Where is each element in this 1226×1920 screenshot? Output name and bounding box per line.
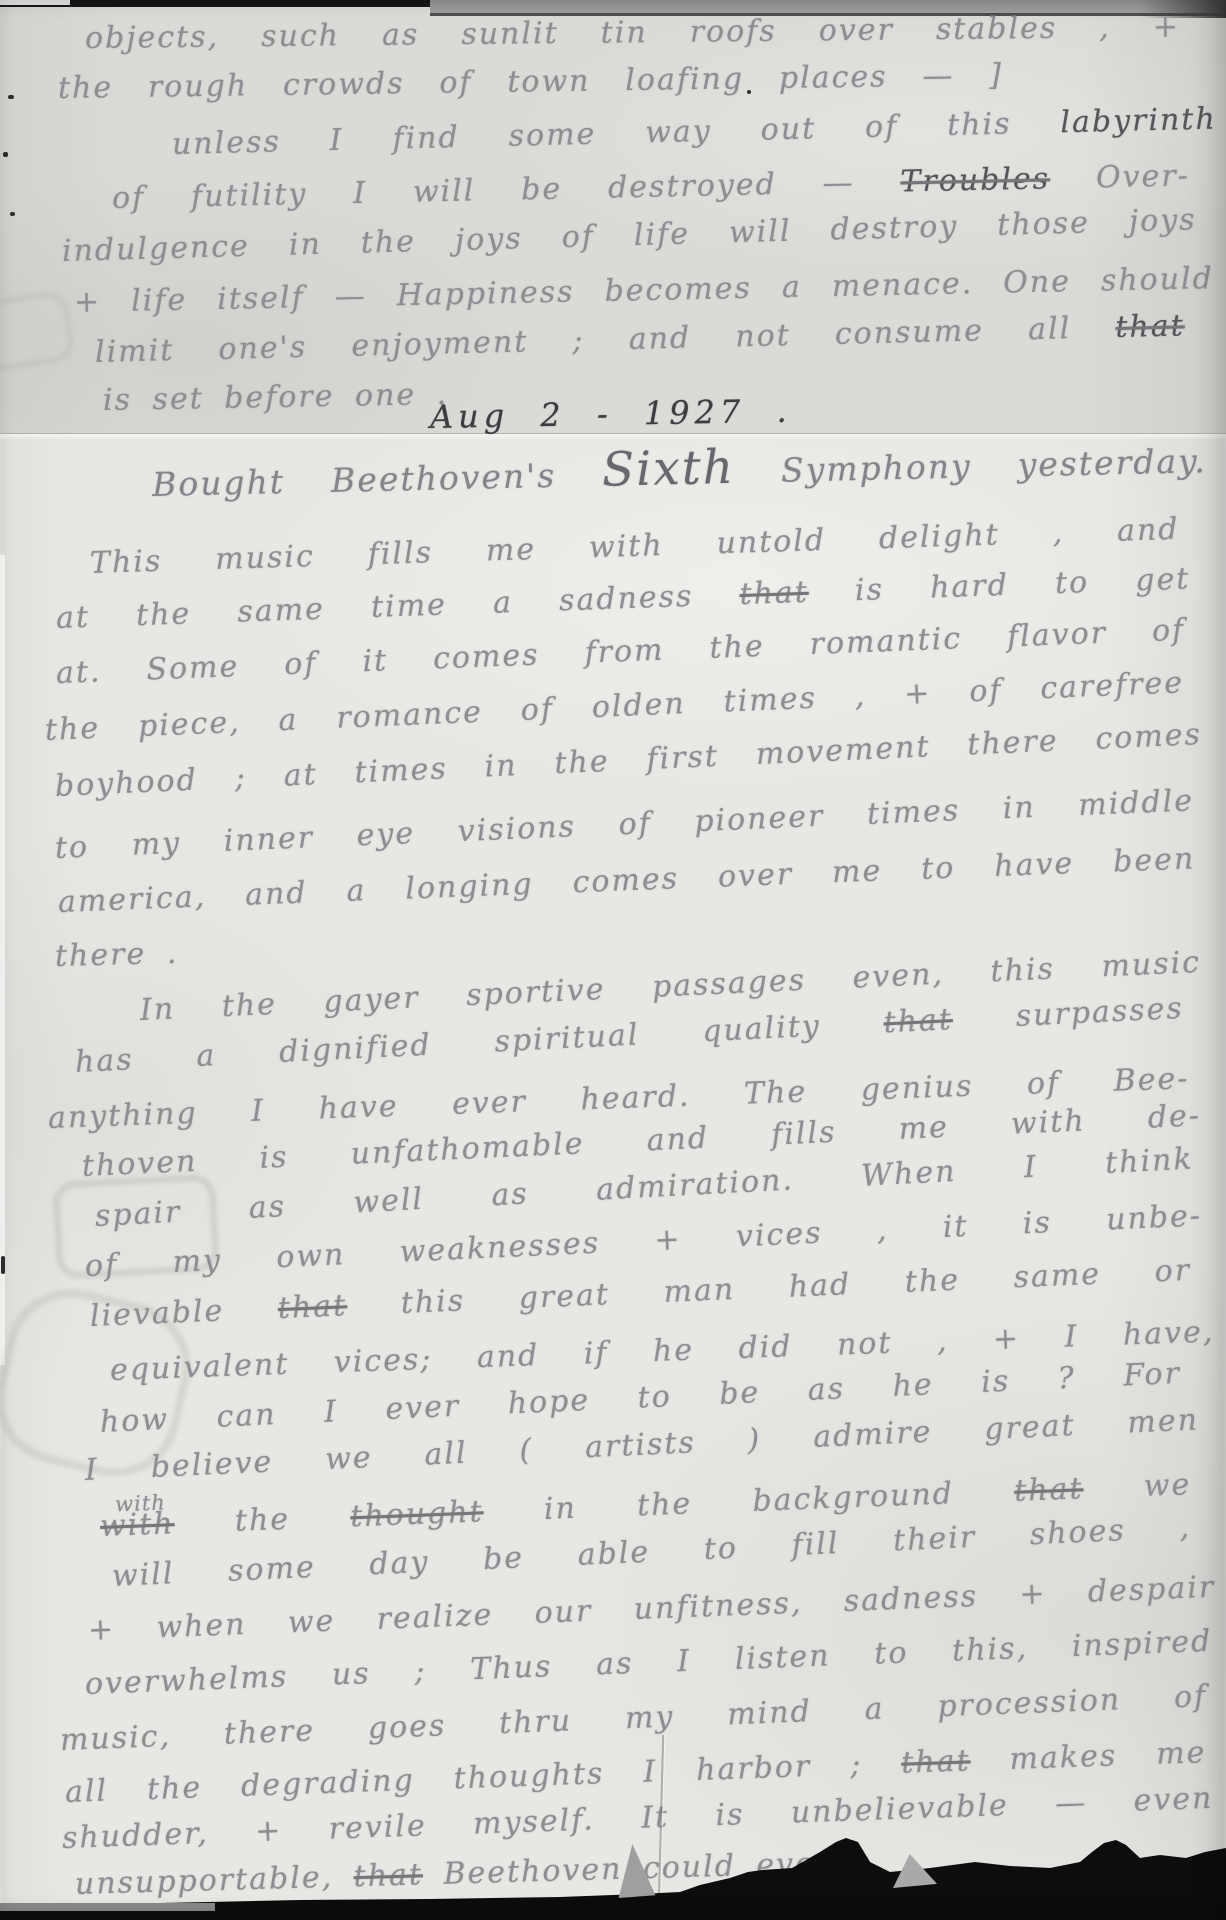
struck-word: that [1115, 308, 1185, 345]
text-segment: there . [55, 936, 179, 974]
text-segment: we [1083, 1467, 1192, 1506]
text-segment: labyrinth [1060, 101, 1217, 140]
handwriting-line: there . [55, 934, 216, 976]
speck [10, 212, 15, 216]
inserted-word: with [115, 1489, 167, 1517]
text-segment: lievable [89, 1291, 278, 1334]
struck-word: that [1014, 1471, 1085, 1509]
handwriting-line: is set before one . [103, 375, 484, 419]
scanned-diary-page: objects, such as sunlit tin roofs over s… [0, 0, 1226, 1920]
text-segment: makes me [970, 1735, 1207, 1778]
struck-word: that [739, 575, 810, 612]
struck-word: thought [350, 1494, 485, 1534]
corrected-word: withwith [99, 1505, 175, 1545]
struck-word: that [883, 1002, 954, 1040]
speck [8, 95, 14, 99]
emphasized-word: Sixth [601, 440, 735, 498]
paper-under-edge [0, 1903, 215, 1911]
text-segment: unsupportable, [75, 1859, 355, 1902]
paper-edge-highlight [0, 555, 5, 1365]
struck-word: Troubles [900, 161, 1050, 199]
text-segment: Bought Beethoven's [152, 455, 603, 504]
text-segment: is set before one . [103, 377, 449, 418]
struck-word: that [277, 1288, 348, 1326]
date-heading: Aug 2 - 1927 . [430, 392, 792, 436]
text-segment: the [174, 1499, 351, 1541]
speck [3, 152, 8, 157]
speck [1, 1256, 5, 1274]
text-segment: Over- [1050, 158, 1190, 196]
struck-word: that [353, 1857, 423, 1894]
scan-edge-notch [0, 0, 70, 5]
struck-word: that [901, 1743, 972, 1780]
text-segment: Symphony yesterday. [735, 441, 1208, 491]
